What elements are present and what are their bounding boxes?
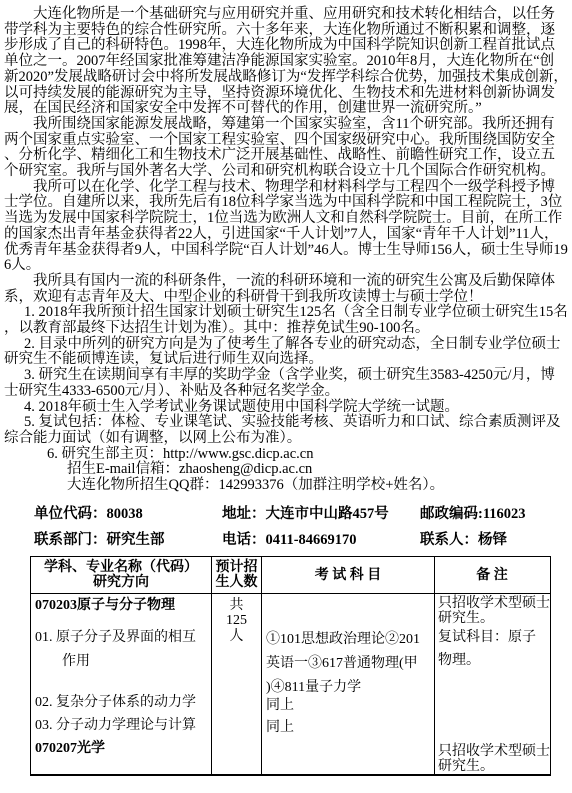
- table-header-quota: 预计招 生人数: [212, 560, 261, 590]
- intro-paragraph-2: 我所围绕国家能源发展战略，筹建第一个国家实验室，含11个研究部。我所还拥有两个国…: [4, 117, 568, 180]
- contact-row-2: 联系部门：研究生部 电话：0411-84669170 联系人：杨铎: [0, 525, 572, 551]
- table-column-divider-2: [261, 557, 262, 774]
- remark-line-1: 只招收学术型硕士: [438, 596, 550, 611]
- quota-line-1: 共: [212, 598, 261, 613]
- notice-item-2: 2. 目录中所列的研究方向是为了使考生了解各专业的研究动态，全日制专业学位硕士研…: [4, 337, 568, 368]
- unit-code: 单位代码：80038: [34, 502, 143, 523]
- contact-person: 联系人：杨铎: [420, 528, 507, 549]
- exam-subjects-line-2: 英语一③617普通物理(甲: [266, 656, 418, 671]
- contact-info-block: 单位代码：80038 地址：大连市中山路457号 邮政编码:116023 联系部…: [0, 499, 572, 551]
- intro-paragraph-3: 我所可以在化学、化学工程与技术、物理学和材料科学与工程四个一级学科授予博士学位。…: [4, 180, 568, 274]
- table-header-divider: [31, 593, 550, 594]
- admission-qq-group: 大连化物所招生QQ群：142993376（加群注明学校+姓名）。: [4, 478, 568, 494]
- remark-line-2: 研究生。: [438, 611, 494, 626]
- notice-item-4: 4. 2018年硕士生入学考试业务课试题使用中国科学院大学统一试题。: [4, 400, 568, 416]
- table-column-divider-3: [434, 557, 435, 774]
- exam-subjects-line-1: ①101思想政治理论②201: [266, 632, 420, 647]
- remark-line-3: 复试科目：原子: [438, 630, 536, 645]
- contact-department: 联系部门：研究生部: [34, 528, 165, 549]
- quota-line-3: 人: [212, 629, 261, 644]
- address: 地址：大连市中山路457号: [222, 502, 389, 523]
- notice-item-1: 1. 2018年我所预计招生国家计划硕士研究生125名（含全日制专业学位硕士研究…: [4, 305, 568, 336]
- major-code-070203: 070203原子与分子物理: [35, 598, 175, 613]
- table-header-exam-subjects: 考 试 科 目: [262, 568, 434, 583]
- admissions-catalog-table: 学科、专业名称（代码） 研究方向 预计招 生人数 考 试 科 目 备 注 070…: [30, 556, 551, 776]
- document-body: 大连化物所是一个基础研究与应用研究并重、应用研究和技术转化相结合，以任务带学科为…: [4, 7, 568, 494]
- research-direction-01-cont: 作用: [62, 654, 90, 669]
- phone-number: 电话：0411-84669170: [222, 528, 357, 549]
- postal-code: 邮政编码:116023: [420, 502, 526, 523]
- exam-subjects-ditto-2: 同上: [266, 720, 294, 735]
- table-header-discipline: 学科、专业名称（代码） 研究方向: [31, 560, 211, 590]
- quota-line-2: 125: [212, 613, 261, 628]
- remark-line-4: 物理。: [438, 653, 480, 668]
- research-direction-01: 01. 原子分子及界面的相互: [35, 630, 196, 645]
- admissions-document-page: 大连化物所是一个基础研究与应用研究并重、应用研究和技术转化相结合，以任务带学科为…: [0, 0, 572, 793]
- table-header-discipline-line1: 学科、专业名称（代码）: [31, 560, 211, 575]
- major-code-070207: 070207光学: [35, 741, 105, 756]
- notice-item-5: 5. 复试包括：体检、专业课笔试、实验技能考核、英语听力和口试、综合素质测评及综…: [4, 415, 568, 446]
- contact-row-1: 单位代码：80038 地址：大连市中山路457号 邮政编码:116023: [0, 499, 572, 525]
- remark-line-6: 研究生。: [438, 759, 494, 774]
- research-direction-02: 02. 复杂分子体系的动力学: [35, 695, 196, 710]
- table-header-quota-line2: 生人数: [212, 575, 261, 590]
- table-header-remarks: 备 注: [435, 568, 549, 583]
- exam-subjects-ditto-1: 同上: [266, 698, 294, 713]
- intro-paragraph-4: 我所具有国内一流的科研条件，一流的科研环境和一流的研究生公寓及后勤保障体系，欢迎…: [4, 274, 568, 305]
- table-header-quota-line1: 预计招: [212, 560, 261, 575]
- intro-paragraph-1: 大连化物所是一个基础研究与应用研究并重、应用研究和技术转化相结合，以任务带学科为…: [4, 7, 568, 117]
- admission-email: 招生E-mail信箱：zhaosheng@dicp.ac.cn: [4, 462, 568, 478]
- table-header-discipline-line2: 研究方向: [31, 575, 211, 590]
- notice-item-3: 3. 研究生在读期间享有丰厚的奖助学金（含学业奖，硕士研究生3583-4250元…: [4, 368, 568, 399]
- exam-subjects-line-3: )④811量子力学: [266, 680, 361, 695]
- remark-line-5: 只招收学术型硕士: [438, 744, 550, 759]
- research-direction-03: 03. 分子动力学理论与计算: [35, 718, 196, 733]
